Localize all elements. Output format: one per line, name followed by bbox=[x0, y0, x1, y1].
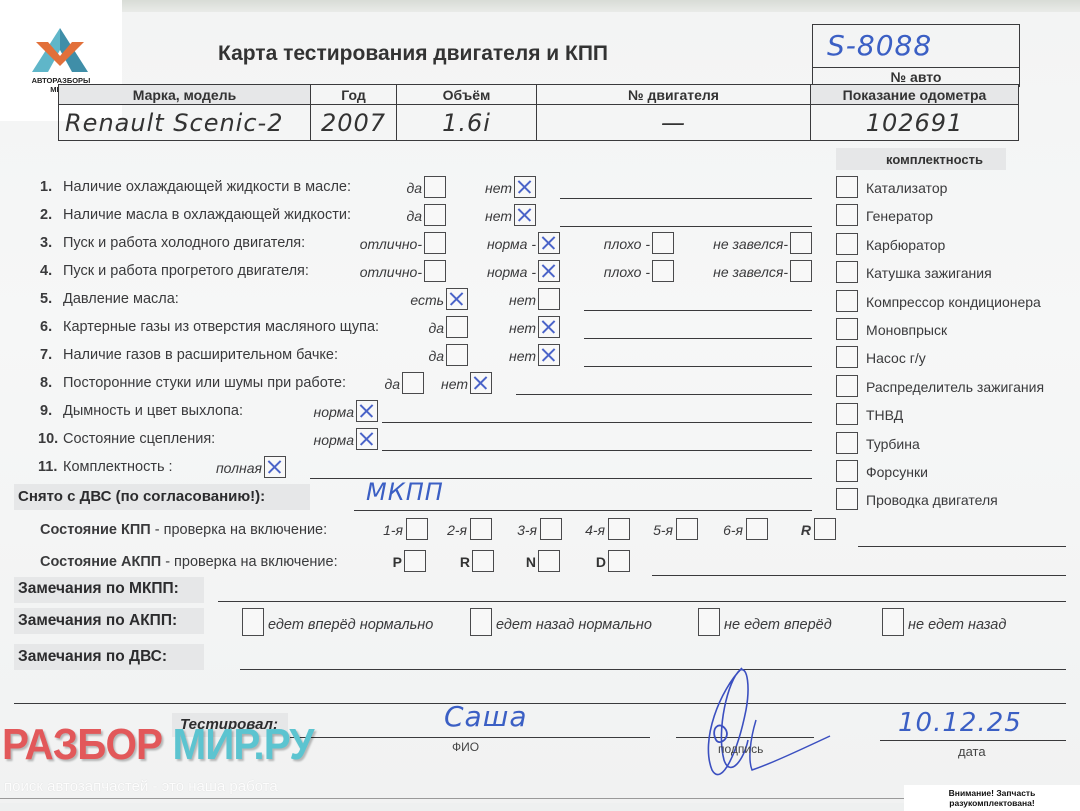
kpp-gear-checkbox[interactable] bbox=[746, 518, 768, 540]
check-option-label: есть bbox=[392, 292, 444, 308]
completeness-checkbox[interactable] bbox=[836, 204, 858, 226]
kpp-label-rest: - проверка на включение: bbox=[151, 522, 327, 538]
date-caption: дата bbox=[958, 744, 986, 759]
completeness-item-label: Катушка зажигания bbox=[866, 265, 992, 281]
kpp-gear-label: 4-я bbox=[578, 522, 605, 538]
check-option-checkbox[interactable] bbox=[652, 260, 674, 282]
check-option-label: нет bbox=[428, 376, 468, 392]
kpp-label-bold: Состояние КПП bbox=[40, 522, 151, 538]
check-option-label: да bbox=[372, 376, 400, 392]
check-number: 3. bbox=[40, 235, 52, 251]
kpp-gear-checkbox[interactable] bbox=[470, 518, 492, 540]
check-option-checkbox[interactable] bbox=[790, 260, 812, 282]
col-year: Год bbox=[311, 85, 397, 105]
check-option-checkbox[interactable] bbox=[402, 372, 424, 394]
akpp-mode-checkbox[interactable] bbox=[538, 550, 560, 572]
completeness-checkbox[interactable] bbox=[836, 375, 858, 397]
akpp-remark-checkbox[interactable] bbox=[698, 608, 720, 636]
akpp-remark-label: не едет назад bbox=[908, 617, 1006, 633]
completeness-checkbox[interactable] bbox=[836, 318, 858, 340]
kpp-gear-label: 3-я bbox=[508, 522, 537, 538]
completeness-checkbox[interactable] bbox=[836, 233, 858, 255]
check-option-label: отлично- bbox=[344, 236, 422, 252]
col-odometer: Показание одометра bbox=[811, 85, 1019, 105]
kpp-gear-checkbox[interactable] bbox=[814, 518, 836, 540]
kpp-gear-checkbox[interactable] bbox=[608, 518, 630, 540]
check-option-checkbox[interactable] bbox=[538, 344, 560, 366]
check-option-label: норма - bbox=[472, 236, 536, 252]
completeness-checkbox[interactable] bbox=[836, 261, 858, 283]
kpp-gear-label: 6-я bbox=[716, 522, 743, 538]
check-note-line[interactable] bbox=[584, 338, 812, 339]
completeness-checkbox[interactable] bbox=[836, 346, 858, 368]
check-option-checkbox[interactable] bbox=[356, 428, 378, 450]
akpp-label-rest: - проверка на включение: bbox=[161, 554, 337, 570]
year-value[interactable]: 2007 bbox=[311, 105, 397, 141]
check-number: 6. bbox=[40, 319, 52, 335]
watermark-part2: МИР.РУ bbox=[172, 720, 313, 769]
paper-edge bbox=[0, 0, 1080, 12]
check-option-checkbox[interactable] bbox=[470, 372, 492, 394]
check-label: Наличие масла в охлаждающей жидкости: bbox=[63, 207, 351, 223]
check-option-label: плохо - bbox=[588, 236, 650, 252]
completeness-item-label: Генератор bbox=[866, 208, 933, 224]
akpp-label-bold: Состояние АКПП bbox=[40, 554, 161, 570]
remarks-dvs-line[interactable] bbox=[240, 669, 1066, 670]
completeness-checkbox[interactable] bbox=[836, 488, 858, 510]
check-label: Пуск и работа холодного двигателя: bbox=[63, 235, 305, 251]
completeness-item-label: Распределитель зажигания bbox=[866, 379, 1044, 395]
check-option-checkbox[interactable] bbox=[514, 204, 536, 226]
kpp-gear-label: 5-я bbox=[646, 522, 673, 538]
akpp-remark-label: не едет вперёд bbox=[724, 617, 832, 633]
check-note-line[interactable] bbox=[560, 198, 812, 199]
check-label: Посторонние стуки или шумы при работе: bbox=[63, 375, 346, 391]
kpp-label: Состояние КПП - проверка на включение: bbox=[40, 522, 327, 538]
check-number: 10. bbox=[38, 431, 58, 447]
check-option-checkbox[interactable] bbox=[652, 232, 674, 254]
check-option-checkbox[interactable] bbox=[538, 260, 560, 282]
remarks-mkpp-line[interactable] bbox=[218, 601, 1066, 602]
check-label: Давление масла: bbox=[63, 291, 179, 307]
akpp-mode-label: D bbox=[588, 554, 606, 570]
check-option-checkbox[interactable] bbox=[446, 316, 468, 338]
check-option-checkbox[interactable] bbox=[538, 288, 560, 310]
kpp-gear-label: 2-я bbox=[440, 522, 467, 538]
completeness-checkbox[interactable] bbox=[836, 432, 858, 454]
check-number: 5. bbox=[40, 291, 52, 307]
completeness-checkbox[interactable] bbox=[836, 176, 858, 198]
check-label: Наличие охлаждающей жидкости в масле: bbox=[63, 179, 351, 195]
completeness-checkbox[interactable] bbox=[836, 403, 858, 425]
check-option-checkbox[interactable] bbox=[790, 232, 812, 254]
col-engine-number: № двигателя bbox=[537, 85, 811, 105]
date-line bbox=[880, 740, 1066, 741]
kpp-gear-checkbox[interactable] bbox=[676, 518, 698, 540]
check-number: 4. bbox=[40, 263, 52, 279]
check-option-label: нет bbox=[495, 320, 536, 336]
check-option-label: не завелся- bbox=[695, 264, 788, 280]
completeness-item-label: Форсунки bbox=[866, 464, 928, 480]
akpp-mode-checkbox[interactable] bbox=[608, 550, 630, 572]
check-option-label: полная bbox=[200, 460, 262, 476]
signature-caption: подпись bbox=[718, 742, 763, 756]
check-number: 9. bbox=[40, 403, 52, 419]
col-volume: Объём bbox=[397, 85, 537, 105]
akpp-line bbox=[652, 575, 1066, 576]
name-caption: ФИО bbox=[452, 740, 479, 754]
check-label: Состояние сцепления: bbox=[63, 431, 215, 447]
completeness-title: комплектность bbox=[886, 152, 983, 167]
check-option-checkbox[interactable] bbox=[446, 288, 468, 310]
completeness-checkbox[interactable] bbox=[836, 460, 858, 482]
check-option-checkbox[interactable] bbox=[538, 232, 560, 254]
check-option-label: да bbox=[416, 348, 444, 364]
car-number-box: S-8088 bbox=[812, 24, 1020, 68]
volume-value[interactable]: 1.6i bbox=[397, 105, 537, 141]
akpp-label: Состояние АКПП - проверка на включение: bbox=[40, 554, 338, 570]
check-note-line[interactable] bbox=[382, 450, 812, 451]
check-option-label: нет bbox=[472, 208, 512, 224]
check-number: 1. bbox=[40, 179, 52, 195]
akpp-mode-label: P bbox=[384, 554, 402, 570]
check-option-label: норма bbox=[298, 404, 354, 420]
check-note-line[interactable] bbox=[382, 422, 812, 423]
check-option-label: нет bbox=[495, 348, 536, 364]
check-option-checkbox[interactable] bbox=[424, 260, 446, 282]
akpp-mode-label: N bbox=[518, 554, 536, 570]
akpp-mode-label: R bbox=[452, 554, 470, 570]
remarks-mkpp-label: Замечания по МКПП: bbox=[18, 580, 179, 598]
remarks-extra-line[interactable] bbox=[14, 703, 1066, 704]
check-option-label: нет bbox=[495, 292, 536, 308]
check-note-line[interactable] bbox=[584, 310, 812, 311]
kpp-gear-label: 1-я bbox=[372, 522, 403, 538]
completeness-item-label: Компрессор кондиционера bbox=[866, 294, 1041, 310]
odometer-value[interactable]: 102691 bbox=[811, 105, 1019, 141]
signature-scribble[interactable] bbox=[690, 660, 840, 790]
check-number: 11. bbox=[38, 459, 57, 475]
make-model-value[interactable]: Renault Scenic-2 bbox=[59, 105, 311, 141]
vehicle-info-table: Марка, модель Год Объём № двигателя Пока… bbox=[58, 84, 1019, 141]
watermark-tagline: поиск автозапчастей - это наша работа bbox=[4, 778, 278, 795]
check-option-label: да bbox=[392, 208, 422, 224]
check-number: 7. bbox=[40, 347, 52, 363]
akpp-remark-label: едет назад нормально bbox=[496, 617, 652, 633]
check-option-checkbox[interactable] bbox=[424, 204, 446, 226]
removed-label: Снято с ДВС (по согласованию!): bbox=[18, 488, 265, 505]
check-option-label: да bbox=[392, 180, 422, 196]
check-option-label: не завелся- bbox=[695, 236, 788, 252]
completeness-item-label: Проводка двигателя bbox=[866, 492, 998, 508]
check-option-checkbox[interactable] bbox=[446, 344, 468, 366]
completeness-checkbox[interactable] bbox=[836, 290, 858, 312]
check-number: 8. bbox=[40, 375, 52, 391]
kpp-line bbox=[858, 546, 1066, 547]
check-option-checkbox[interactable] bbox=[424, 232, 446, 254]
check-option-label: нет bbox=[472, 180, 512, 196]
check-option-checkbox[interactable] bbox=[424, 176, 446, 198]
completeness-item-label: Турбина bbox=[866, 436, 920, 452]
completeness-item-label: Карбюратор bbox=[866, 237, 945, 253]
kpp-gear-checkbox[interactable] bbox=[540, 518, 562, 540]
col-make-model: Марка, модель bbox=[59, 85, 311, 105]
completeness-item-label: Катализатор bbox=[866, 180, 947, 196]
watermark-part1: РАЗБОР bbox=[2, 720, 162, 769]
completeness-item-label: Моновпрыск bbox=[866, 322, 947, 338]
check-option-checkbox[interactable] bbox=[514, 176, 536, 198]
check-option-label: да bbox=[416, 320, 444, 336]
logo-mountain-icon bbox=[32, 28, 88, 74]
remarks-akpp-label: Замечания по АКПП: bbox=[18, 612, 177, 630]
akpp-remark-checkbox[interactable] bbox=[242, 608, 264, 636]
page-title: Карта тестирования двигателя и КПП bbox=[218, 42, 608, 66]
check-option-checkbox[interactable] bbox=[356, 400, 378, 422]
car-number-value[interactable]: S-8088 bbox=[827, 29, 932, 62]
akpp-remark-checkbox[interactable] bbox=[470, 608, 492, 636]
check-label: Пуск и работа прогретого двигателя: bbox=[63, 263, 309, 279]
tester-name[interactable]: Саша bbox=[444, 700, 528, 733]
removed-line bbox=[354, 510, 812, 511]
akpp-mode-checkbox[interactable] bbox=[472, 550, 494, 572]
check-note-line[interactable] bbox=[584, 366, 812, 367]
name-line bbox=[290, 737, 650, 738]
akpp-remark-checkbox[interactable] bbox=[882, 608, 904, 636]
check-option-label: отлично- bbox=[344, 264, 422, 280]
kpp-gear-checkbox[interactable] bbox=[406, 518, 428, 540]
akpp-remark-label: едет вперёд нормально bbox=[268, 617, 433, 633]
check-note-line[interactable] bbox=[560, 226, 812, 227]
check-label: Дымность и цвет выхлопа: bbox=[63, 403, 243, 419]
check-option-checkbox[interactable] bbox=[264, 456, 286, 478]
check-label: Картерные газы из отверстия масляного щу… bbox=[63, 319, 379, 335]
check-label: Наличие газов в расширительном бачке: bbox=[63, 347, 338, 363]
notice-banner: Внимание! Запчасть разукомплектована! bbox=[904, 785, 1080, 811]
check-option-label: норма - bbox=[472, 264, 536, 280]
check-label: Комплектность : bbox=[63, 459, 173, 475]
date-value[interactable]: 10.12.25 bbox=[898, 708, 1022, 738]
check-number: 2. bbox=[40, 207, 52, 223]
check-option-checkbox[interactable] bbox=[538, 316, 560, 338]
check-note-line[interactable] bbox=[516, 394, 812, 395]
removed-value[interactable]: МКПП bbox=[366, 478, 444, 506]
akpp-mode-checkbox[interactable] bbox=[404, 550, 426, 572]
check-option-label: норма bbox=[298, 432, 354, 448]
completeness-item-label: Насос г/у bbox=[866, 350, 926, 366]
remarks-dvs-label: Замечания по ДВС: bbox=[18, 648, 167, 666]
watermark-brand: РАЗБОР МИР.РУ bbox=[2, 720, 314, 770]
completeness-item-label: ТНВД bbox=[866, 407, 903, 423]
kpp-gear-label: R bbox=[796, 522, 811, 538]
check-option-label: плохо - bbox=[588, 264, 650, 280]
engine-number-value[interactable]: — bbox=[537, 105, 811, 141]
